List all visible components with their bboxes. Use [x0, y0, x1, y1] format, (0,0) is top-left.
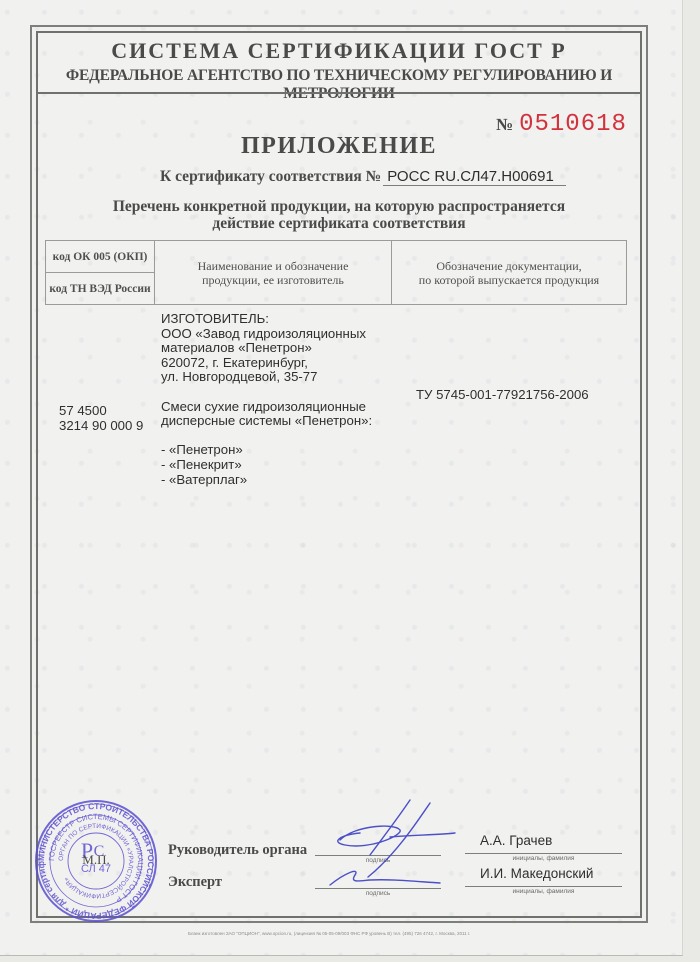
header-divider: [36, 92, 642, 94]
header-product-name: Наименование и обозначение продукции, ее…: [155, 241, 392, 305]
system-title: СИСТЕМА СЕРТИФИКАЦИИ ГОСТ Р: [36, 38, 642, 64]
manufacturer-label: ИЗГОТОВИТЕЛЬ:: [161, 312, 372, 327]
certificate-label: К сертификату соответствия №: [160, 168, 381, 186]
product-line: дисперсные системы «Пенетрон»:: [161, 414, 372, 429]
agency-title: ФЕДЕРАЛЬНОЕ АГЕНТСТВО ПО ТЕХНИЧЕСКОМУ РЕ…: [36, 67, 642, 103]
svg-text:М.П.: М.П.: [82, 852, 109, 867]
list-title-line2: действие сертификата соответствия: [36, 215, 642, 232]
expert-name-caption: инициалы, фамилия: [465, 888, 622, 895]
product-item: - «Пенетрон»: [161, 443, 372, 458]
manufacturer-line: ООО «Завод гидроизоляционных: [161, 327, 372, 342]
list-title-line1: Перечень конкретной продукции, на котору…: [36, 198, 642, 215]
product-item: - «Ватерплаг»: [161, 473, 372, 488]
tn-ved-code-value: 3214 90 000 9: [59, 419, 143, 434]
product-description: ИЗГОТОВИТЕЛЬ: ООО «Завод гидроизоляционн…: [161, 312, 372, 487]
product-line: Смеси сухие гидроизоляционные: [161, 400, 372, 415]
product-item: - «Пенекрит»: [161, 458, 372, 473]
expert-name-line: [465, 886, 622, 887]
product-table-header: код ОК 005 (ОКП) Наименование и обозначе…: [45, 240, 627, 305]
header-documentation-line1: Обозначение документации,: [392, 259, 626, 273]
certificate-page: СИСТЕМА СЕРТИФИКАЦИИ ГОСТ Р ФЕДЕРАЛЬНОЕ …: [0, 0, 683, 956]
expert-name: И.И. Македонский: [480, 866, 593, 881]
expert-label: Эксперт: [168, 874, 222, 891]
printer-note: Бланк изготовлен ЗАО "ОПЦИОН", www.opcio…: [188, 931, 470, 936]
documentation-value: ТУ 5745-001-77921756-2006: [416, 388, 589, 403]
annex-title: ПРИЛОЖЕНИЕ: [36, 133, 642, 160]
header-product-name-line1: Наименование и обозначение: [155, 259, 391, 273]
header-okp-code: код ОК 005 (ОКП): [46, 241, 155, 273]
header-product-name-line2: продукции, ее изготовитель: [155, 273, 391, 287]
official-seal-icon: МИНИСТЕРСТВО СТРОИТЕЛЬСТВА РОССИЙСКОЙ ФЕ…: [33, 798, 159, 924]
handwritten-signature-icon: [300, 795, 460, 895]
okp-code-value: 57 4500: [59, 404, 143, 419]
manufacturer-line: 620072, г. Екатеринбург,: [161, 356, 372, 371]
head-of-body-label: Руководитель органа: [168, 842, 307, 859]
manufacturer-line: материалов «Пенетрон»: [161, 341, 372, 356]
certificate-reference: К сертификату соответствия № РОСС RU.СЛ4…: [160, 168, 566, 186]
header-tn-ved-code: код ТН ВЭД России: [46, 273, 155, 305]
number-sign: №: [496, 115, 513, 135]
head-name-caption: инициалы, фамилия: [465, 855, 622, 862]
header-documentation-line2: по которой выпускается продукция: [392, 273, 626, 287]
certificate-number: РОСС RU.СЛ47.Н00691: [383, 168, 566, 186]
product-codes: 57 4500 3214 90 000 9: [59, 404, 143, 433]
head-name: А.А. Грачев: [480, 833, 552, 848]
header-documentation: Обозначение документации, по которой вып…: [392, 241, 627, 305]
manufacturer-line: ул. Новгородцевой, 35-77: [161, 370, 372, 385]
list-title: Перечень конкретной продукции, на котору…: [36, 198, 642, 232]
head-name-line: [465, 853, 622, 854]
